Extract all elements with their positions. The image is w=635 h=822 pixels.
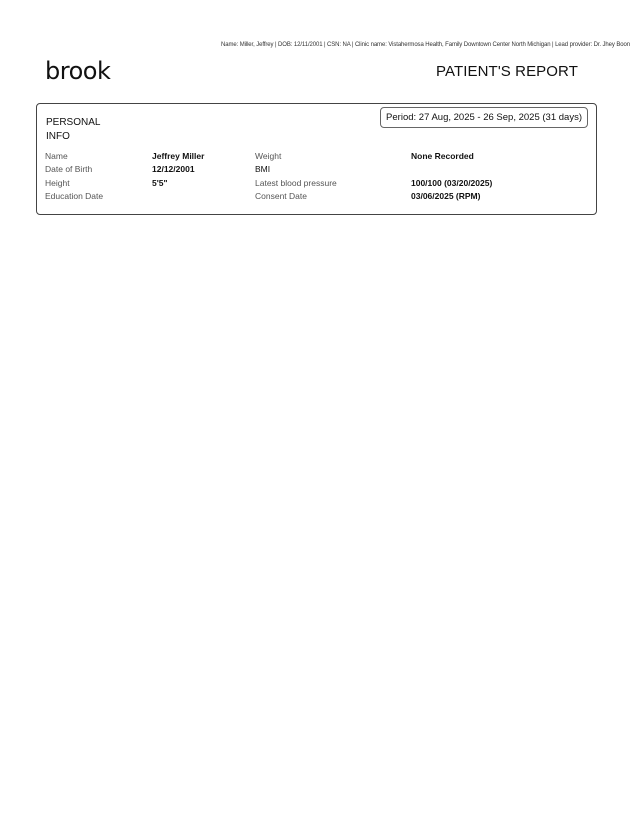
bmi-label: BMI	[255, 164, 270, 174]
meta-line: Name: Miller, Jeffrey | DOB: 12/11/2001 …	[221, 42, 630, 48]
blood-pressure-label: Latest blood pressure	[255, 178, 337, 188]
dob-label: Date of Birth	[45, 164, 92, 174]
consent-date-value: 03/06/2025 (RPM)	[411, 191, 480, 201]
weight-label: Weight	[255, 151, 281, 161]
personal-info-card: PERSONAL INFO Period: 27 Aug, 2025 - 26 …	[36, 103, 597, 215]
height-value: 5'5"	[152, 178, 168, 188]
name-label: Name	[45, 151, 68, 161]
dob-value: 12/12/2001	[152, 164, 195, 174]
period-badge: Period: 27 Aug, 2025 - 26 Sep, 2025 (31 …	[380, 107, 588, 128]
blood-pressure-value: 100/100 (03/20/2025)	[411, 178, 492, 188]
report-title: PATIENT'S REPORT	[436, 63, 578, 80]
education-date-label: Education Date	[45, 191, 103, 201]
weight-value: None Recorded	[411, 151, 474, 161]
consent-date-label: Consent Date	[255, 191, 307, 201]
name-value: Jeffrey Miller	[152, 151, 204, 161]
height-label: Height	[45, 178, 70, 188]
section-title: PERSONAL INFO	[46, 116, 116, 144]
brook-logo: brook	[45, 57, 110, 85]
